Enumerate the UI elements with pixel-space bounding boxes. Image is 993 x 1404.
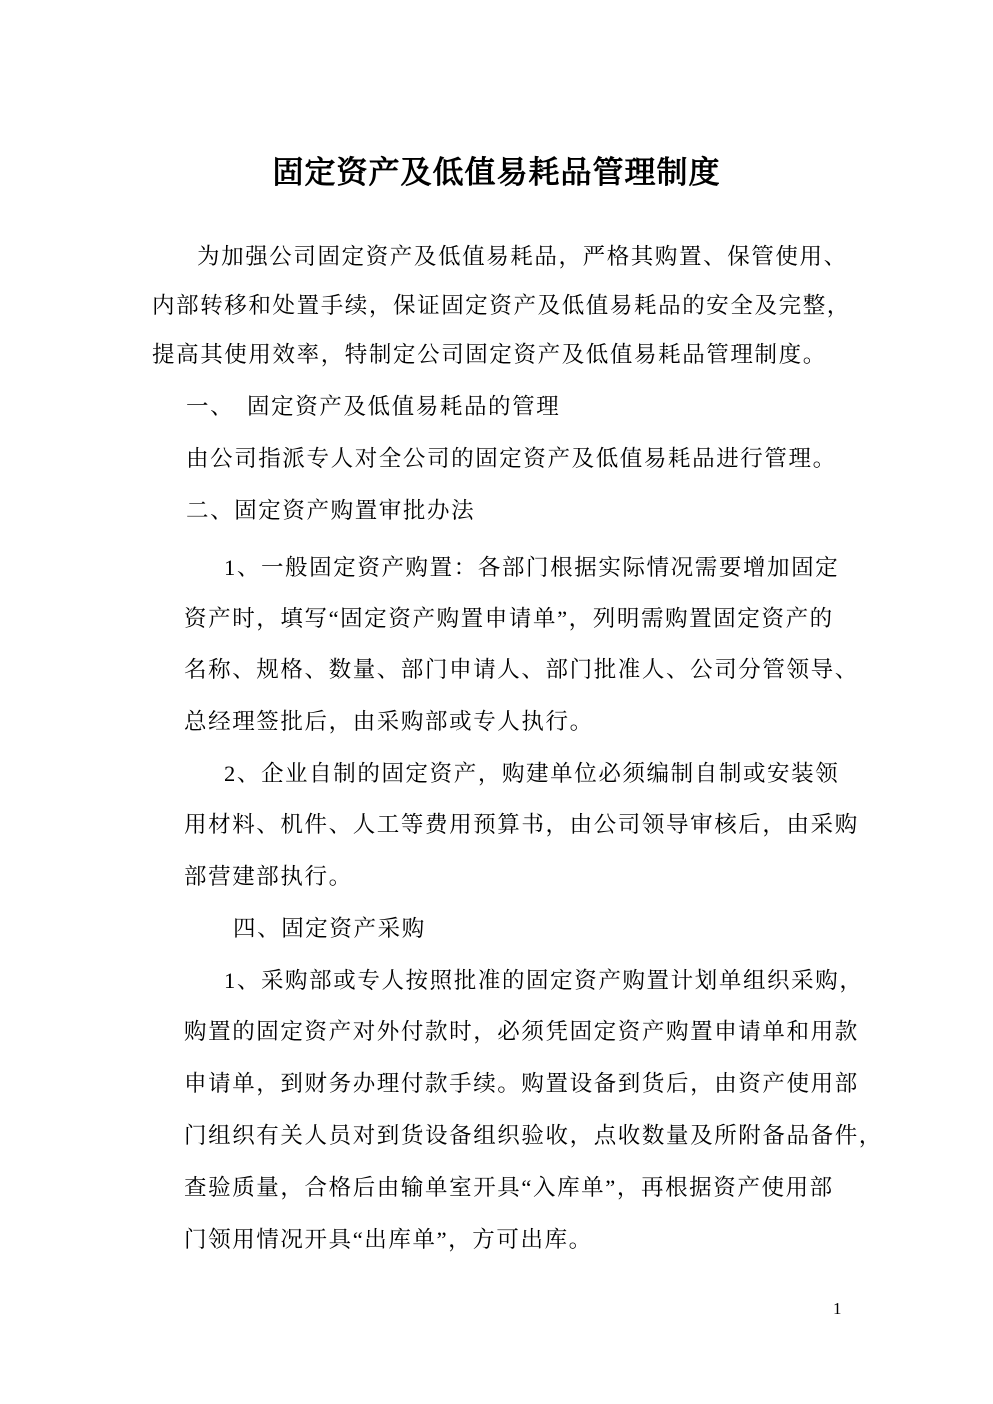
section-2-body-line: 部营建部执行。: [184, 865, 353, 890]
section-4-body-line: 门领用情况开具“出库单”，方可出库。: [184, 1228, 593, 1253]
section-4-body-line: 门组织有关人员对到货设备组织验收，点收数量及所附备品备件，: [184, 1124, 883, 1149]
section-2-body-line: 总经理签批后，由采购部或专人执行。: [184, 710, 594, 735]
document-title: 固定资产及低值易耗品管理制度: [0, 147, 993, 192]
intro-paragraph-line: 提高其使用效率，特制定公司固定资产及低值易耗品管理制度。: [152, 343, 827, 368]
section-2-body-line: 资产时，填写“固定资产购置申请单”，列明需购置固定资产的: [184, 607, 834, 632]
section-2-body-line: 2、企业自制的固定资产，购建单位必须编制自制或安装领: [224, 762, 839, 787]
intro-paragraph-line: 为加强公司固定资产及低值易耗品，严格其购置、保管使用、: [197, 245, 848, 270]
section-1-heading: 一、 固定资产及低值易耗品的管理: [186, 395, 560, 420]
section-4-body-line: 1、采购部或专人按照批准的固定资产购置计划单组织采购，: [224, 969, 863, 994]
section-2-body-line: 名称、规格、数量、部门申请人、部门批准人、公司分管领导、: [184, 658, 859, 683]
intro-paragraph-line: 内部转移和处置手续，保证固定资产及低值易耗品的安全及完整，: [152, 294, 851, 319]
section-1-body-line: 由公司指派专人对全公司的固定资产及低值易耗品进行管理。: [186, 447, 837, 472]
section-4-heading: 四、固定资产采购: [233, 917, 426, 942]
document-page: 固定资产及低值易耗品管理制度 为加强公司固定资产及低值易耗品，严格其购置、保管使…: [0, 0, 993, 1404]
section-4-body-line: 购置的固定资产对外付款时，必须凭固定资产购置申请单和用款: [184, 1020, 859, 1045]
page-number: 1: [833, 1299, 842, 1319]
section-2-body-line: 用材料、机件、人工等费用预算书，由公司领导审核后，由采购: [184, 813, 859, 838]
section-2-heading: 二、固定资产购置审批办法: [186, 499, 475, 524]
section-4-body-line: 查验质量，合格后由输单室开具“入库单”，再根据资产使用部: [184, 1176, 834, 1201]
section-2-body-line: 1、一般固定资产购置：各部门根据实际情况需要增加固定: [224, 556, 839, 581]
section-4-body-line: 申请单，到财务办理付款手续。购置设备到货后，由资产使用部: [184, 1072, 859, 1097]
